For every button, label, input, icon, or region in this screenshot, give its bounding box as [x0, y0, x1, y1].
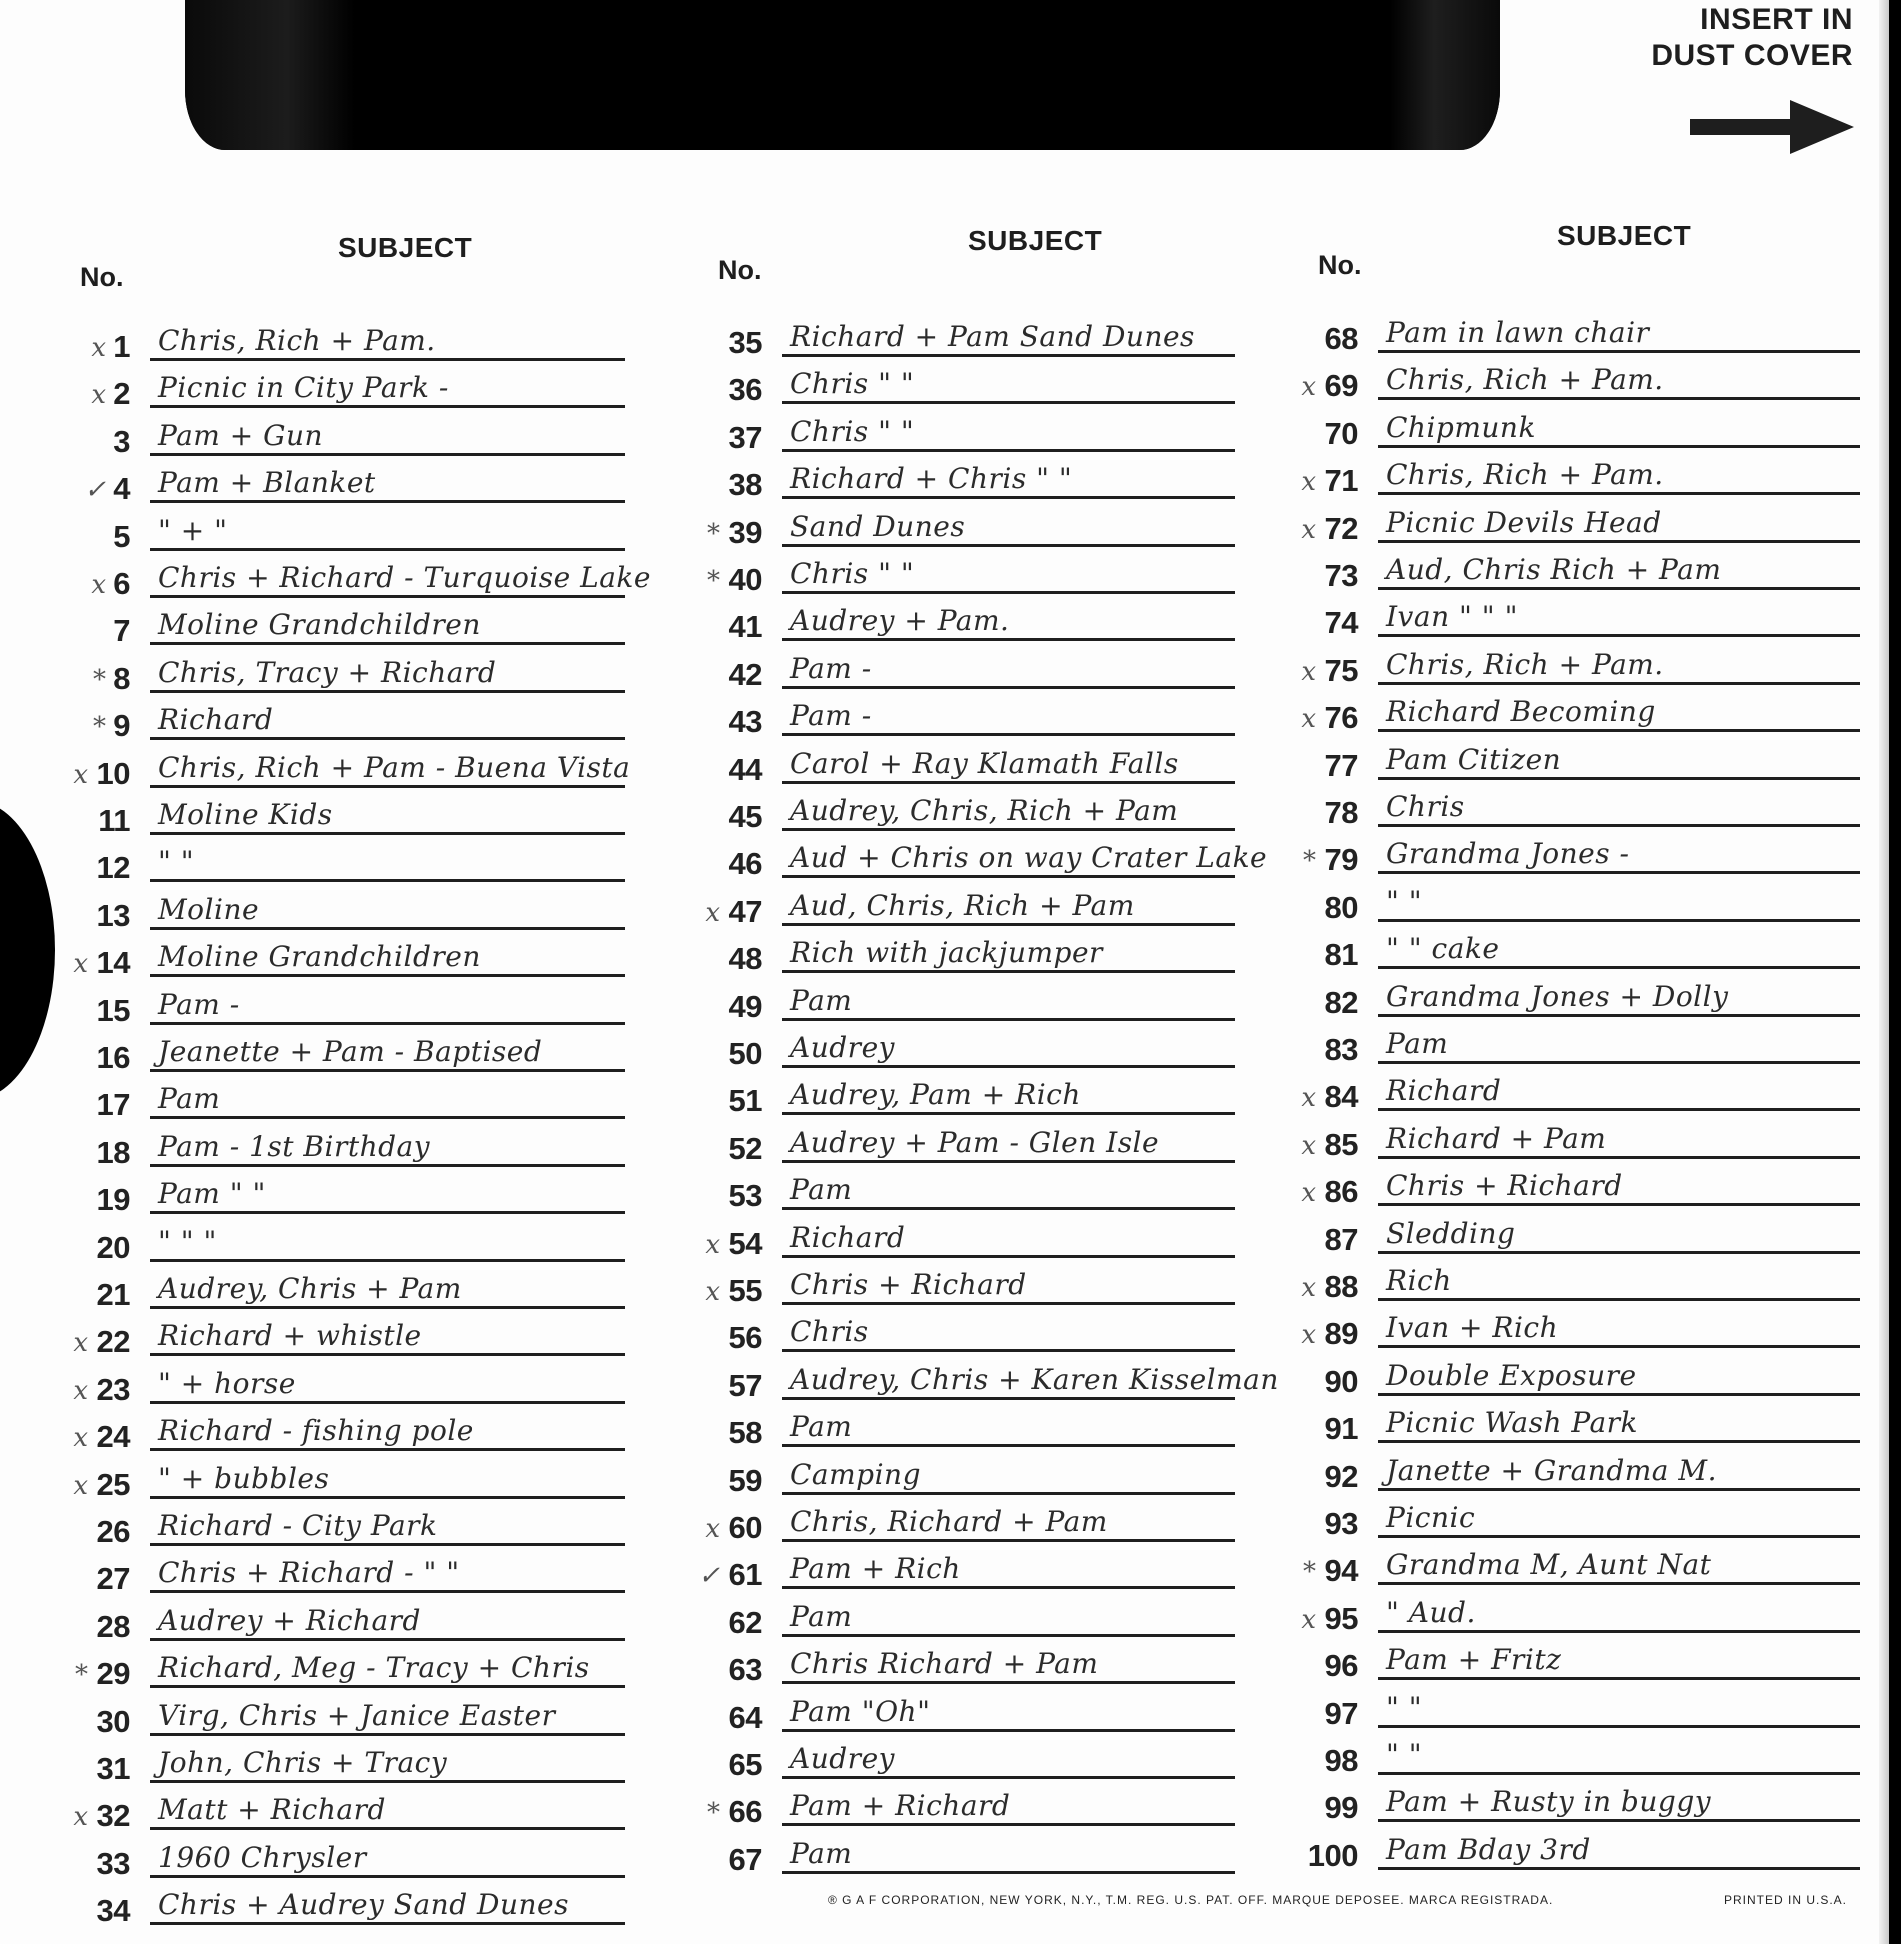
footer: ® G A F CORPORATION, NEW YORK, N.Y., T.M… [828, 1893, 1553, 1907]
subject-line [1378, 350, 1860, 353]
subject-handwriting: Chris + Audrey Sand Dunes [158, 1888, 569, 1921]
entry-number: 92 [1288, 1459, 1358, 1495]
subject-line [1378, 445, 1860, 448]
subject-handwriting: Double Exposure [1386, 1359, 1637, 1392]
subject-line [1378, 1203, 1860, 1206]
subject-handwriting: Pam + Fritz [1386, 1643, 1561, 1676]
subject-line [1378, 540, 1860, 543]
subject-handwriting: " " [1386, 1738, 1422, 1771]
index-entry-row: 93Picnic [0, 1495, 1901, 1542]
entry-number: 96 [1288, 1648, 1358, 1684]
index-entry-row: x84Richard [0, 1068, 1901, 1115]
index-entry-row: 99Pam + Rusty in buggy [0, 1779, 1901, 1826]
entry-number: 95 [1288, 1601, 1358, 1637]
entry-number: 76 [1288, 700, 1358, 736]
entry-number: 71 [1288, 463, 1358, 499]
entry-number: 100 [1288, 1838, 1358, 1874]
subject-handwriting: Pam [1386, 1027, 1448, 1060]
entry-number: 83 [1288, 1032, 1358, 1068]
entry-number: 85 [1288, 1127, 1358, 1163]
subject-handwriting: " " [1386, 1691, 1422, 1724]
subject-handwriting: Sledding [1386, 1217, 1515, 1250]
subject-handwriting: Chris, Rich + Pam. [1386, 363, 1664, 396]
column-header-no: No. [80, 262, 124, 293]
index-entry-row: 92Janette + Grandma M. [0, 1448, 1901, 1495]
index-entry-row: 77Pam Citizen [0, 737, 1901, 784]
index-entry-row: 82Grandma Jones + Dolly [0, 974, 1901, 1021]
insert-instruction: INSERT IN DUST COVER [1651, 2, 1853, 74]
index-entry-row: 74Ivan " " " [0, 594, 1901, 641]
subject-handwriting: Pam Citizen [1386, 743, 1561, 776]
subject-handwriting: Pam + Rusty in buggy [1386, 1785, 1711, 1818]
index-entry-row: 90Double Exposure [0, 1353, 1901, 1400]
subject-line [1378, 1630, 1860, 1633]
entry-number: 87 [1288, 1222, 1358, 1258]
subject-handwriting: Richard [1386, 1074, 1501, 1107]
subject-line [1378, 1061, 1860, 1064]
entry-number: 79 [1288, 842, 1358, 878]
index-entry-row: 96Pam + Fritz [0, 1637, 1901, 1684]
entry-number: 72 [1288, 511, 1358, 547]
subject-line [1378, 919, 1860, 922]
entry-number: 93 [1288, 1506, 1358, 1542]
entry-number: 74 [1288, 605, 1358, 641]
column-header-subject: SUBJECT [968, 225, 1102, 257]
index-entry-row: 73Aud, Chris Rich + Pam [0, 547, 1901, 594]
subject-line [1378, 871, 1860, 874]
dust-cover-slot [185, 0, 1500, 150]
entry-number: 99 [1288, 1790, 1358, 1826]
index-entry-row: 97" " [0, 1685, 1901, 1732]
subject-line [1378, 1582, 1860, 1585]
right-arrow-icon [1690, 100, 1854, 154]
index-entry-row: 100Pam Bday 3rd [0, 1827, 1901, 1874]
index-entry-row: x69Chris, Rich + Pam. [0, 357, 1901, 404]
entry-number: 81 [1288, 937, 1358, 973]
subject-handwriting: Janette + Grandma M. [1386, 1454, 1717, 1487]
subject-line [1378, 1488, 1860, 1491]
subject-handwriting: Picnic Devils Head [1386, 506, 1662, 539]
subject-line [1378, 397, 1860, 400]
entry-number: 86 [1288, 1174, 1358, 1210]
entry-number: 84 [1288, 1079, 1358, 1115]
subject-handwriting: Grandma M, Aunt Nat [1386, 1548, 1711, 1581]
index-entry-row: x85Richard + Pam [0, 1116, 1901, 1163]
subject-line [1378, 1393, 1860, 1396]
entry-number: 90 [1288, 1364, 1358, 1400]
entry-number: 77 [1288, 748, 1358, 784]
subject-handwriting: Chris + Richard [1386, 1169, 1623, 1202]
subject-handwriting: Rich [1386, 1264, 1452, 1297]
footer-printed: PRINTED IN U.S.A. [1724, 1893, 1847, 1907]
index-entry-row: 68Pam in lawn chair [0, 310, 1901, 357]
subject-handwriting: Chris, Rich + Pam. [1386, 458, 1664, 491]
index-entry-row: x88Rich [0, 1258, 1901, 1305]
subject-line [1378, 1440, 1860, 1443]
subject-handwriting: " Aud. [1386, 1596, 1476, 1629]
subject-line [1378, 777, 1860, 780]
entry-number: 89 [1288, 1316, 1358, 1352]
index-entry-row: x86Chris + Richard [0, 1163, 1901, 1210]
subject-line [1378, 492, 1860, 495]
subject-line [1378, 1677, 1860, 1680]
subject-handwriting: Ivan + Rich [1386, 1311, 1558, 1344]
column-header-subject: SUBJECT [1557, 220, 1691, 252]
entry-number: 97 [1288, 1696, 1358, 1732]
subject-handwriting: Richard + Pam [1386, 1122, 1606, 1155]
entry-number: 34 [60, 1893, 130, 1929]
subject-line [1378, 1156, 1860, 1159]
subject-handwriting: Picnic Wash Park [1386, 1406, 1638, 1439]
subject-line [1378, 966, 1860, 969]
subject-handwriting: Pam Bday 3rd [1386, 1833, 1591, 1866]
subject-handwriting: Grandma Jones + Dolly [1386, 980, 1728, 1013]
subject-handwriting: Ivan " " " [1386, 600, 1518, 633]
insert-line-1: INSERT IN [1651, 2, 1853, 38]
subject-handwriting: " " [1386, 885, 1422, 918]
entry-number: 78 [1288, 795, 1358, 831]
insert-line-2: DUST COVER [1651, 38, 1853, 74]
subject-handwriting: Chris, Rich + Pam. [1386, 648, 1664, 681]
subject-line [1378, 1251, 1860, 1254]
entry-number: 69 [1288, 368, 1358, 404]
entry-number: 94 [1288, 1553, 1358, 1589]
subject-line [1378, 1819, 1860, 1822]
subject-line [1378, 729, 1860, 732]
column-header-no: No. [718, 255, 762, 286]
subject-line [1378, 1298, 1860, 1301]
entry-number: 82 [1288, 985, 1358, 1021]
subject-line [1378, 1725, 1860, 1728]
subject-line [1378, 634, 1860, 637]
index-entry-row: 81" " cake [0, 926, 1901, 973]
index-entry-row: x75Chris, Rich + Pam. [0, 642, 1901, 689]
subject-handwriting: Chris [1386, 790, 1465, 823]
subject-line [1378, 1345, 1860, 1348]
entry-number: 75 [1288, 653, 1358, 689]
subject-handwriting: Aud, Chris Rich + Pam [1386, 553, 1721, 586]
index-entry-row: *79Grandma Jones - [0, 831, 1901, 878]
subject-handwriting: Picnic [1386, 1501, 1475, 1534]
subject-line [1378, 1867, 1860, 1870]
subject-line [1378, 1772, 1860, 1775]
subject-line [1378, 1014, 1860, 1017]
subject-handwriting: Richard Becoming [1386, 695, 1656, 728]
subject-handwriting: Chipmunk [1386, 411, 1536, 444]
entry-number: 68 [1288, 321, 1358, 357]
index-entry-row: 83Pam [0, 1021, 1901, 1068]
entry-number: 70 [1288, 416, 1358, 452]
index-entry-row: 78Chris [0, 784, 1901, 831]
entry-number: 80 [1288, 890, 1358, 926]
subject-line [1378, 1535, 1860, 1538]
index-entry-row: x89Ivan + Rich [0, 1305, 1901, 1352]
index-entry-row: 91Picnic Wash Park [0, 1400, 1901, 1447]
subject-handwriting: " " cake [1386, 932, 1499, 965]
index-entry-row: 70Chipmunk [0, 405, 1901, 452]
subject-line [1378, 682, 1860, 685]
subject-line [150, 1922, 625, 1925]
subject-handwriting: Pam in lawn chair [1386, 316, 1649, 349]
index-entry-row: x95" Aud. [0, 1590, 1901, 1637]
footer-legal: ® G A F CORPORATION, NEW YORK, N.Y., T.M… [828, 1893, 1553, 1907]
entry-number: 73 [1288, 558, 1358, 594]
subject-line [1378, 1108, 1860, 1111]
entry-number: 91 [1288, 1411, 1358, 1447]
index-entry-row: x76Richard Becoming [0, 689, 1901, 736]
entry-number: 88 [1288, 1269, 1358, 1305]
subject-handwriting: Grandma Jones - [1386, 837, 1629, 870]
subject-line [1378, 587, 1860, 590]
index-entry-row: x72Picnic Devils Head [0, 500, 1901, 547]
column-header-subject: SUBJECT [338, 232, 472, 264]
index-entry-row: 98" " [0, 1732, 1901, 1779]
index-entry-row: 87Sledding [0, 1211, 1901, 1258]
column-header-no: No. [1318, 250, 1362, 281]
subject-line [1378, 824, 1860, 827]
entry-number: 98 [1288, 1743, 1358, 1779]
index-entry-row: 80" " [0, 879, 1901, 926]
index-entry-row: *94Grandma M, Aunt Nat [0, 1542, 1901, 1589]
index-entry-row: x71Chris, Rich + Pam. [0, 452, 1901, 499]
